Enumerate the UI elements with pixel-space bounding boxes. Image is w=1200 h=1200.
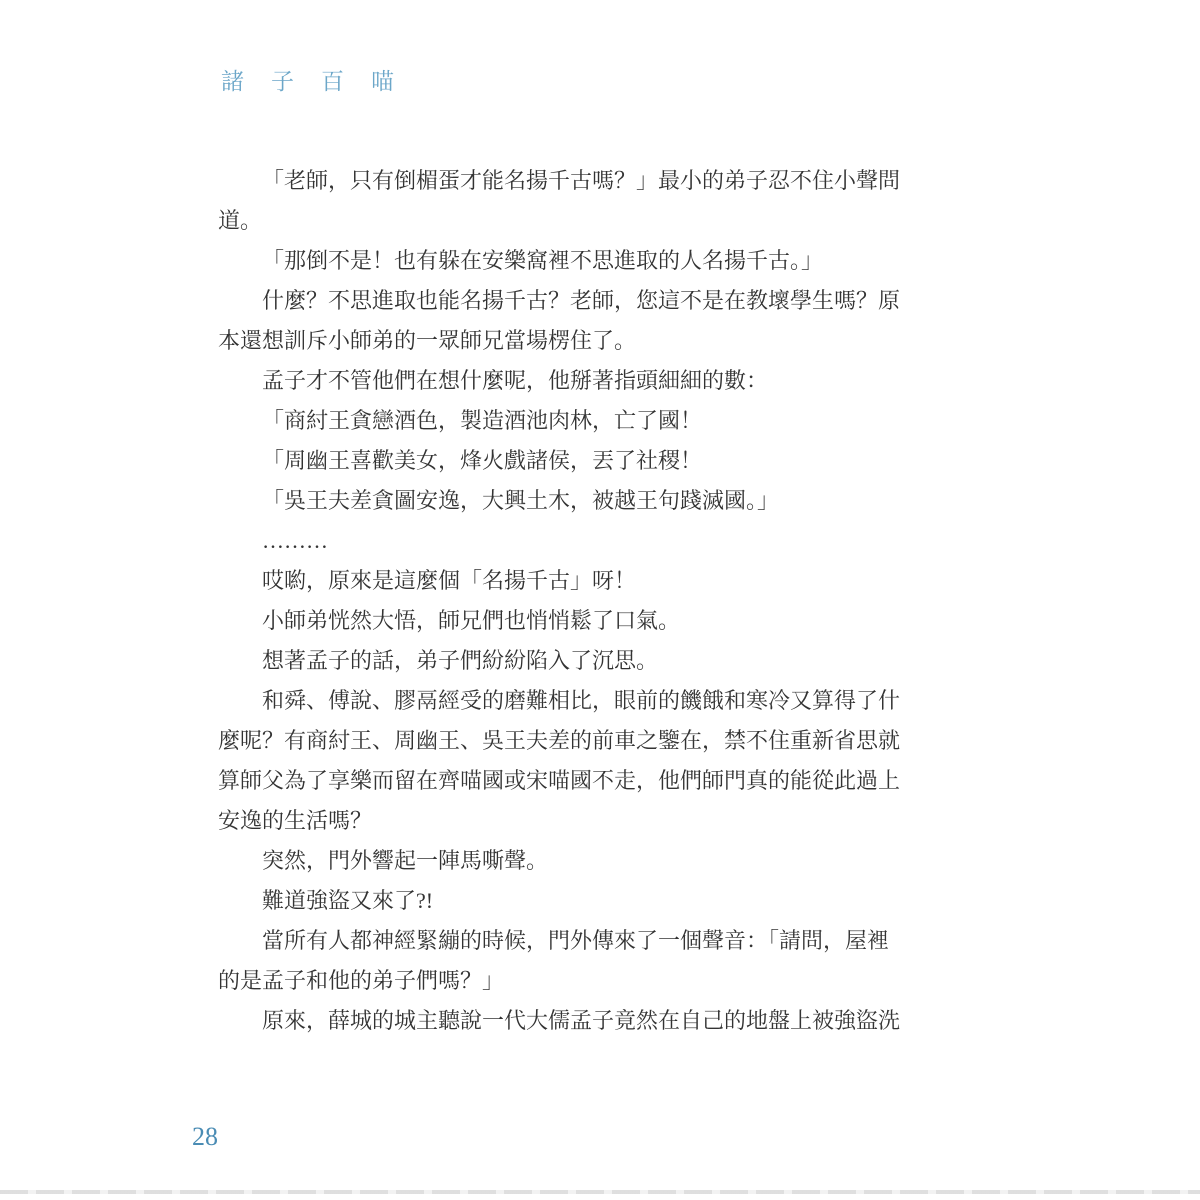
text-line: 「老師，只有倒楣蛋才能名揚千古嗎？」最小的弟子忍不住小聲問 [218,161,908,201]
text-line: 安逸的生活嗎？ [218,801,908,841]
text-line: 孟子才不管他們在想什麼呢，他掰著指頭細細的數： [218,361,908,401]
text-block: 「老師，只有倒楣蛋才能名揚千古嗎？」最小的弟子忍不住小聲問道。「那倒不是！也有躲… [218,161,908,1041]
text-line: 原來，薛城的城主聽說一代大儒孟子竟然在自己的地盤上被強盜洗 [218,1001,908,1041]
page-bottom-scan-edge [0,1190,1200,1194]
text-line: 「周幽王喜歡美女，烽火戲諸侯，丟了社稷！ [218,441,908,481]
running-header-book-title: 諸子百喵 [221,63,421,96]
text-line: 「吳王夫差貪圖安逸，大興土木，被越王句踐滅國。」 [218,481,908,521]
text-line: 道。 [218,201,908,241]
text-line: 想著孟子的話，弟子們紛紛陷入了沉思。 [218,641,908,681]
text-line: 當所有人都神經緊繃的時候，門外傳來了一個聲音：「請問，屋裡 [218,921,908,961]
text-line: 和舜、傅說、膠鬲經受的磨難相比，眼前的饑餓和寒冷又算得了什 [218,681,908,721]
text-line: 「商紂王貪戀酒色，製造酒池肉林，亡了國！ [218,401,908,441]
text-line: 的是孟子和他的弟子們嗎？」 [218,961,908,1001]
text-line: 難道強盜又來了?! [218,881,908,921]
page-number: 28 [192,1122,218,1152]
text-line: 什麼？不思進取也能名揚千古？老師，您這不是在教壞學生嗎？原 [218,281,908,321]
text-line: 突然，門外響起一陣馬嘶聲。 [218,841,908,881]
text-line: 哎喲，原來是這麼個「名揚千古」呀！ [218,561,908,601]
text-line: ……… [218,521,908,561]
text-line: 小師弟恍然大悟，師兄們也悄悄鬆了口氣。 [218,601,908,641]
book-page: 諸子百喵 「老師，只有倒楣蛋才能名揚千古嗎？」最小的弟子忍不住小聲問道。「那倒不… [0,0,1200,1200]
text-line: 算師父為了享樂而留在齊喵國或宋喵國不走，他們師門真的能從此過上 [218,761,908,801]
text-line: 本還想訓斥小師弟的一眾師兄當場楞住了。 [218,321,908,361]
text-line: 「那倒不是！也有躲在安樂窩裡不思進取的人名揚千古。」 [218,241,908,281]
text-line: 麼呢？有商紂王、周幽王、吳王夫差的前車之鑒在，禁不住重新省思就 [218,721,908,761]
